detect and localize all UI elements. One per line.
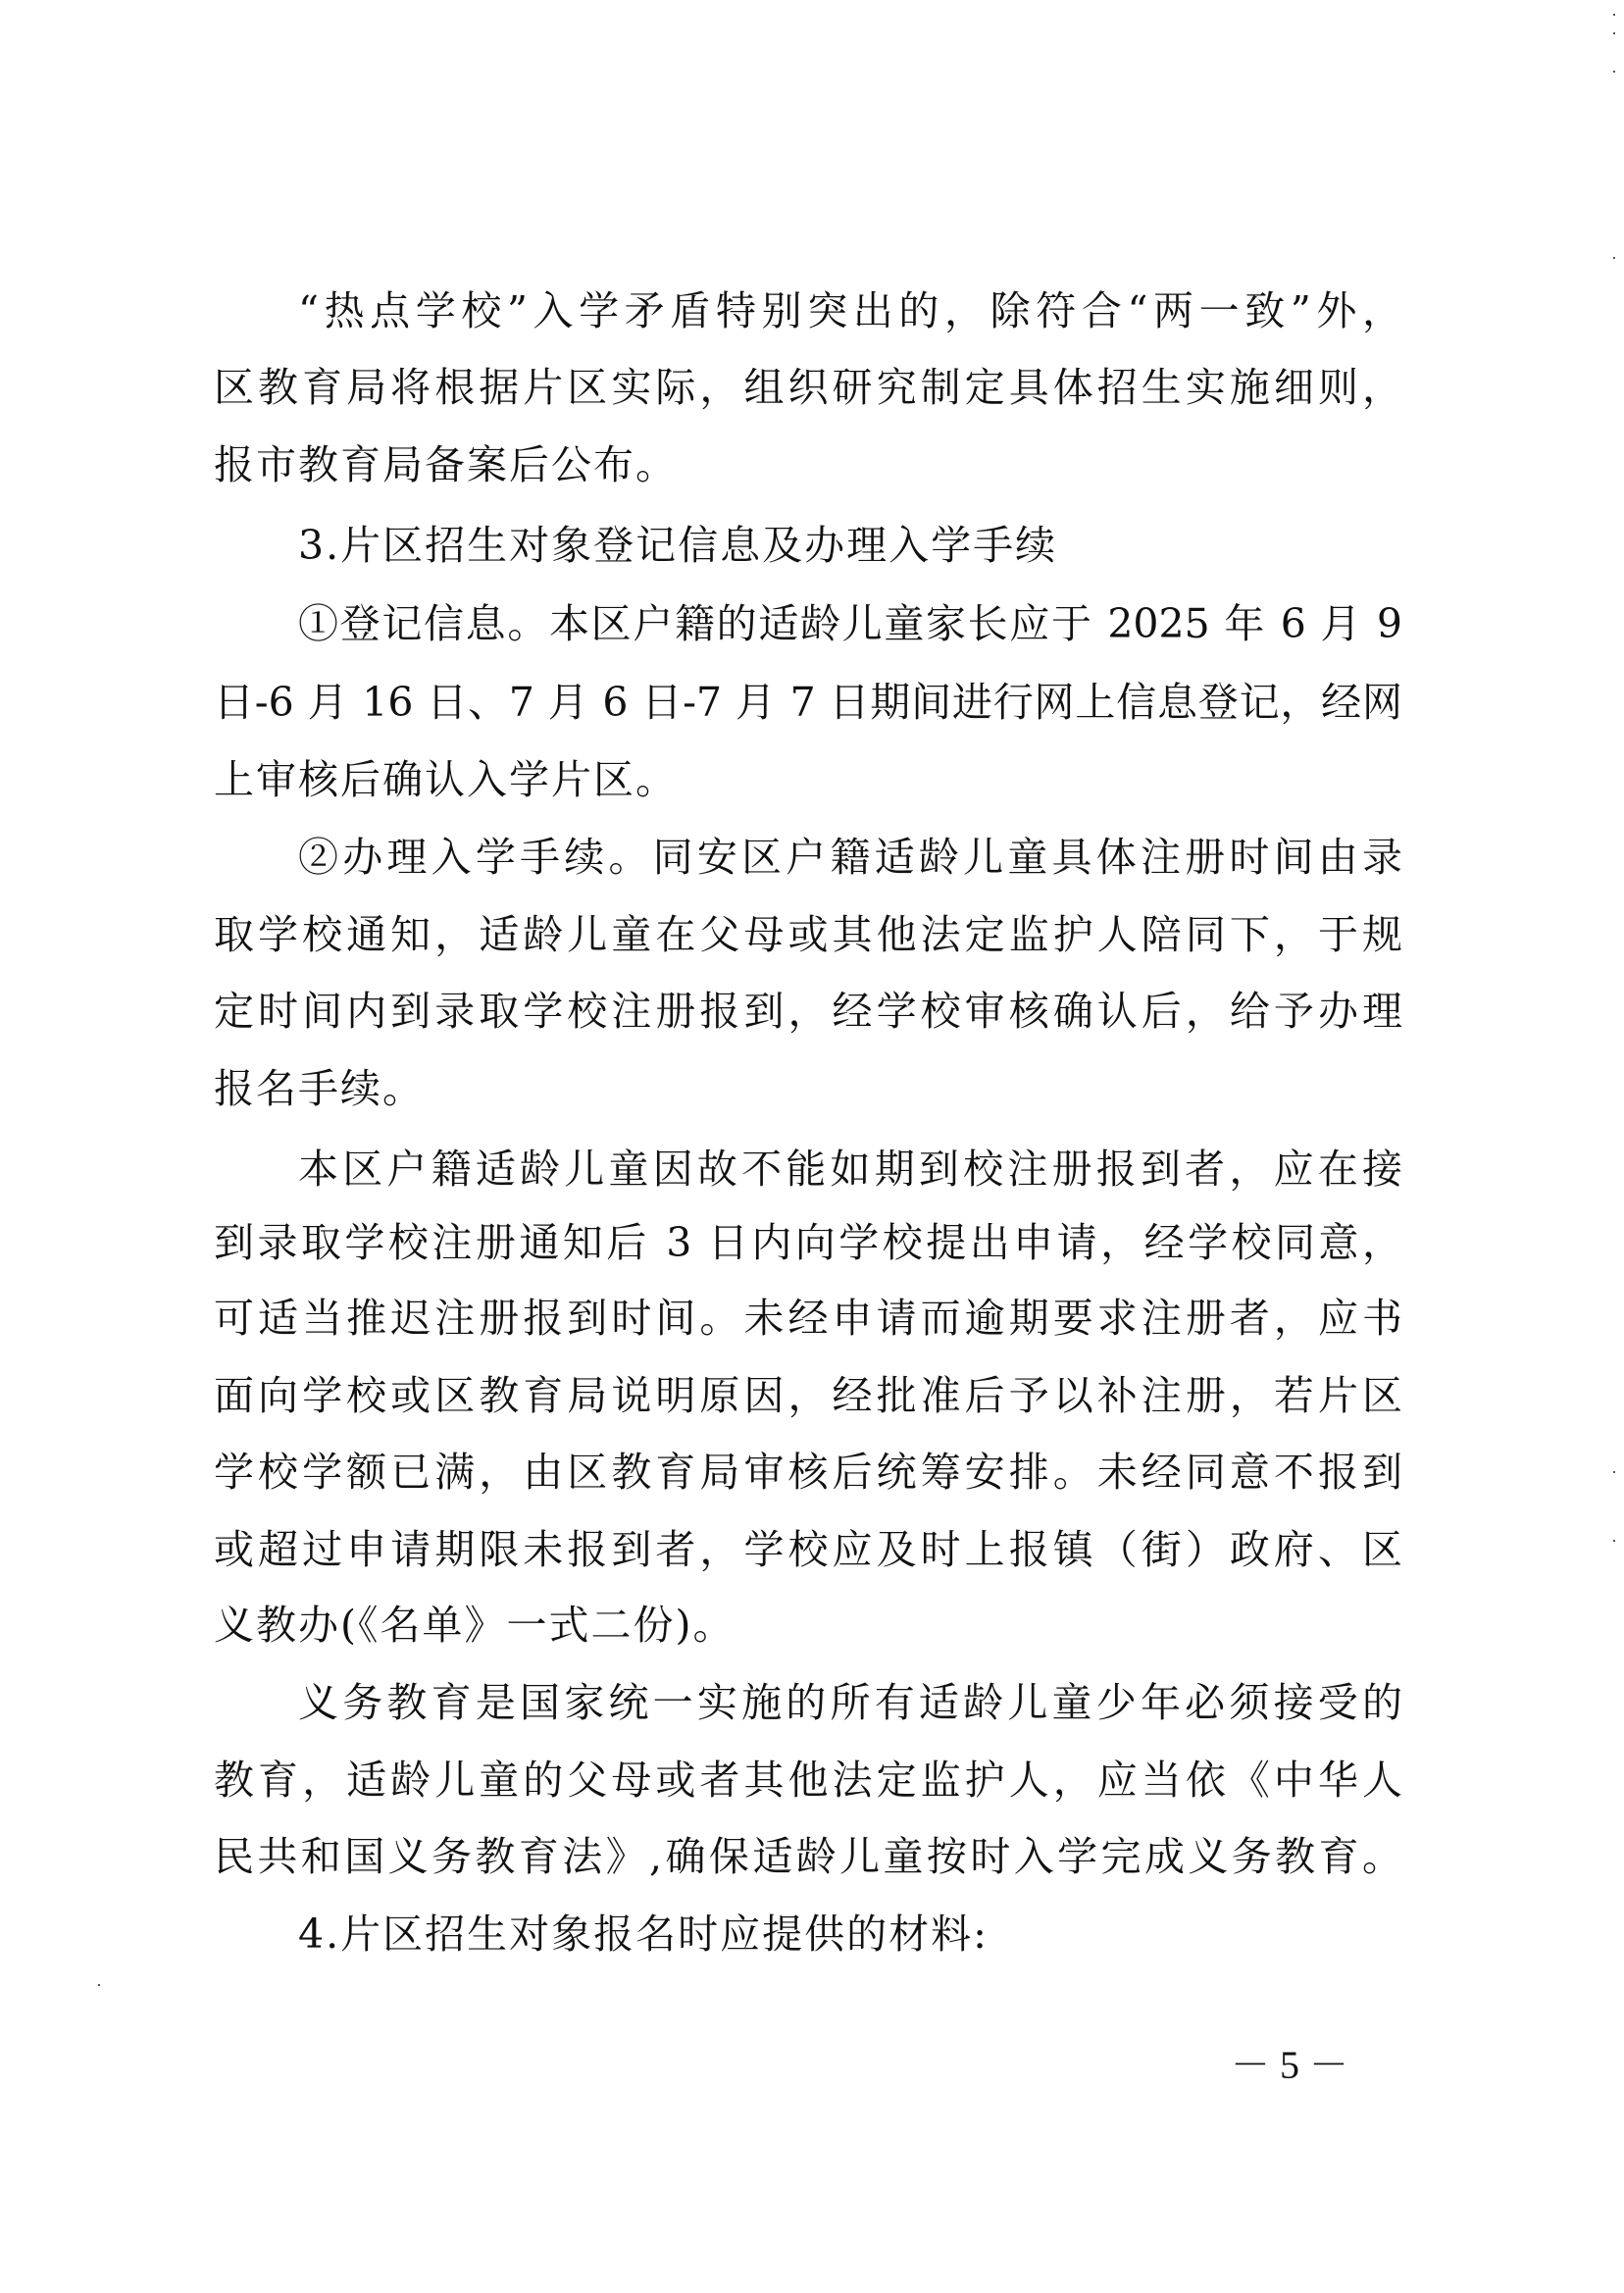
text-line: 义教办(《名单》一式二份)。	[214, 1596, 1402, 1655]
scan-speck	[1613, 71, 1615, 73]
text-line: 日-6 月 16 日、7 月 6 日-7 月 7 日期间进行网上信息登记，经网	[214, 673, 1402, 732]
text-line: 面向学校或区教育局说明原因，经批准后予以补注册，若片区	[214, 1366, 1402, 1425]
text-line: ②办理入学手续。同安区户籍适龄儿童具体注册时间由录	[298, 828, 1402, 887]
text-line: ①登记信息。本区户籍的适龄儿童家长应于 2025 年 6 月 9	[298, 594, 1402, 653]
text-line: 报市教育局备案后公布。	[214, 435, 1402, 494]
text-line: “热点学校”入学矛盾特别突出的，除符合“两一致”外，	[298, 281, 1402, 340]
text-line: 或超过申请期限未报到者，学校应及时上报镇（街）政府、区	[214, 1520, 1402, 1579]
text-line: 报名手续。	[214, 1059, 1402, 1118]
page-number: － 5 －	[1226, 2038, 1353, 2093]
text-line: 区教育局将根据片区实际，组织研究制定具体招生实施细则，	[214, 358, 1402, 417]
text-line: 民共和国义务教育法》,确保适龄儿童按时入学完成义务教育。	[214, 1827, 1402, 1886]
text-line: 到录取学校注册通知后 3 日内向学校提出申请，经学校同意，	[214, 1213, 1402, 1272]
section-heading: 3.片区招生对象登记信息及办理入学手续	[298, 516, 1402, 575]
text-line: 定时间内到录取学校注册报到，经学校审核确认后，给予办理	[214, 982, 1402, 1041]
scan-speck	[98, 1984, 100, 1986]
scan-speck	[1613, 14, 1615, 16]
scan-speck	[1613, 32, 1615, 34]
text-line: 教育，适龄儿童的父母或者其他法定监护人，应当依《中华人	[214, 1751, 1402, 1809]
text-line: 可适当推迟注册报到时间。未经申请而逾期要求注册者，应书	[214, 1289, 1402, 1348]
text-line: 取学校通知，适龄儿童在父母或其他法定监护人陪同下，于规	[214, 905, 1402, 964]
text-line: 上审核后确认入学片区。	[214, 750, 1402, 809]
text-line: 义务教育是国家统一实施的所有适龄儿童少年必须接受的	[298, 1673, 1402, 1732]
scan-speck	[1613, 1540, 1615, 1542]
section-heading: 4.片区招生对象报名时应提供的材料:	[298, 1905, 1402, 1963]
scan-speck	[1613, 257, 1615, 259]
scan-speck	[1613, 1471, 1615, 1473]
document-page: “热点学校”入学矛盾特别突出的，除符合“两一致”外， 区教育局将根据片区实际，组…	[0, 0, 1624, 2293]
text-line: 本区户籍适龄儿童因故不能如期到校注册报到者，应在接	[298, 1140, 1402, 1198]
text-line: 学校学额已满，由区教育局审核后统筹安排。未经同意不报到	[214, 1443, 1402, 1502]
